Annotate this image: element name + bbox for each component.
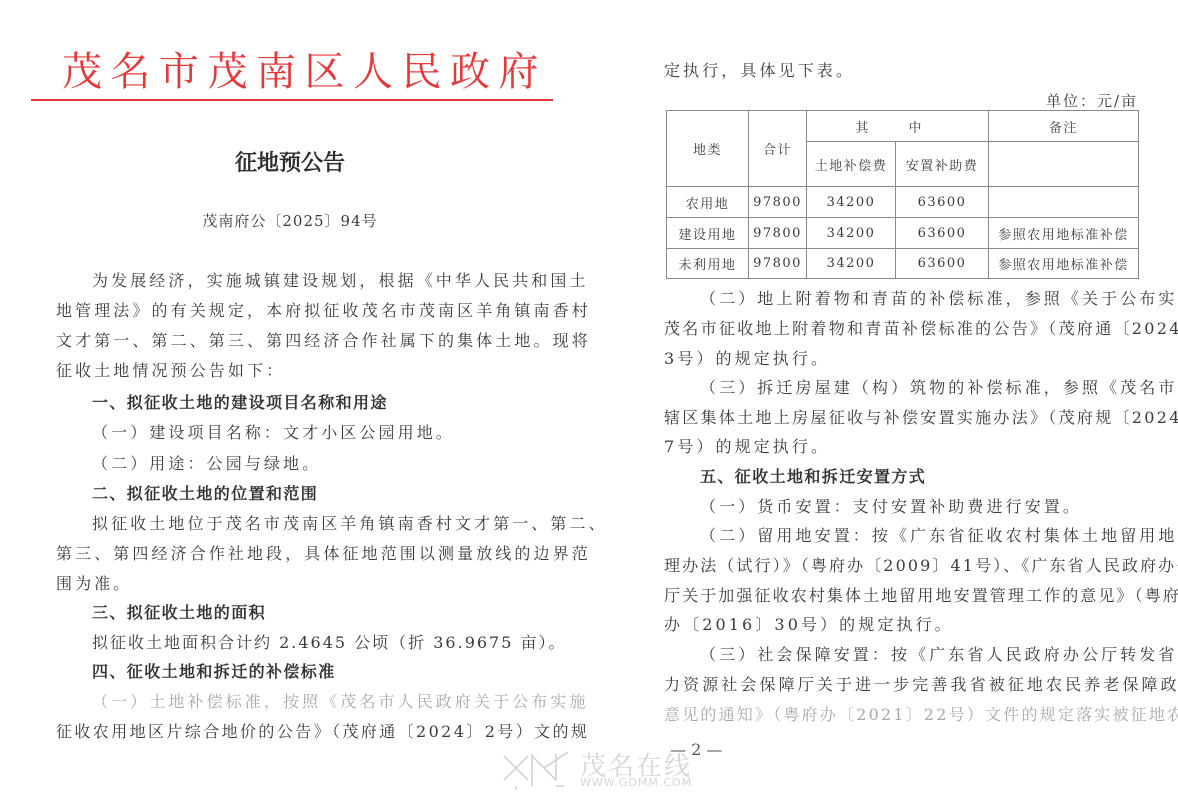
- section2-line-1: 拟征收土地位于茂名市茂南区羊角镇南香村文才第一、第二、: [92, 509, 608, 539]
- section5-item2-line-3: 厅关于加强征收农村集体土地留用地安置管理工作的意见》（粤府: [664, 581, 1178, 611]
- red-divider: [31, 99, 553, 101]
- header-resettlement-subsidy: 安置补助费: [896, 142, 989, 187]
- section3-heading: 三、拟征收土地的面积: [92, 598, 266, 628]
- header-total: 合计: [749, 111, 807, 187]
- item3-line-2: 辖区集体土地上房屋征收与补偿安置实施办法》（茂府规〔2024〕: [664, 403, 1178, 433]
- cell-remarks: 参照农用地标准补偿: [989, 218, 1139, 249]
- cell-total: 97800: [749, 218, 807, 249]
- table-row: 农用地 97800 34200 63600: [667, 187, 1139, 218]
- cell-land-type: 未利用地: [667, 249, 749, 279]
- header-land-type: 地类: [667, 111, 749, 187]
- cell-remarks: 参照农用地标准补偿: [989, 249, 1139, 279]
- section1-item1: （一）建设项目名称：文才小区公园用地。: [92, 418, 455, 448]
- document-number: 茂南府公〔2025〕94号: [0, 210, 580, 231]
- header-remarks-blank: [989, 142, 1139, 187]
- cell-resettlement-subsidy: 63600: [896, 218, 989, 249]
- intro-line-4: 征收土地情况预公告如下：: [56, 356, 285, 386]
- section5-item1: （一）货币安置：支付安置补助费进行安置。: [700, 492, 1082, 522]
- unit-label: 单位：元/亩: [1046, 90, 1138, 111]
- intro-line-2: 地管理法》的有关规定，本府拟征收茂名市茂南区羊角镇南香村: [56, 296, 591, 326]
- item2-line-2: 茂名市征收地上附着物和青苗补偿标准的公告》（茂府通〔2024〕: [664, 314, 1178, 344]
- table-intro: 定执行，具体见下表。: [664, 56, 855, 86]
- header-of-which: 其 中: [807, 111, 989, 142]
- section5-item3-line-1: （三）社会保障安置：按《广东省人民政府办公厅转发省人: [700, 640, 1178, 670]
- section5-item3-line-3: 意见的通知》（粤府办〔2021〕22号）文件的规定落实被征地农民: [664, 700, 1178, 730]
- cell-total: 97800: [749, 187, 807, 218]
- cell-land-type: 农用地: [667, 187, 749, 218]
- issuer-header: 茂名市茂南区人民政府: [62, 46, 532, 98]
- cell-remarks: [989, 187, 1139, 218]
- table-row: 建设用地 97800 34200 63600 参照农用地标准补偿: [667, 218, 1139, 249]
- section4-heading: 四、征收土地和拆迁的补偿标准: [92, 657, 336, 687]
- cell-total: 97800: [749, 249, 807, 279]
- compensation-table: 地类 合计 其 中 备注 土地补偿费 安置补助费 农用地 97800 34200…: [666, 110, 1139, 279]
- item2-line-3: 3号）的规定执行。: [664, 344, 830, 374]
- section1-item2: （二）用途：公园与绿地。: [92, 449, 321, 479]
- item2-line-1: （二）地上附着物和青苗的补偿标准，参照《关于公布实施: [700, 284, 1178, 314]
- intro-line-3: 文才第一、第二、第三、第四经济合作社属下的集体土地。现将: [56, 326, 591, 356]
- watermark-url: WWW.GDMM.COM: [580, 776, 692, 789]
- cell-land-compensation: 34200: [807, 187, 896, 218]
- section5-item2-line-1: （二）留用地安置：按《广东省征收农村集体土地留用地管: [700, 521, 1178, 551]
- cell-land-type: 建设用地: [667, 218, 749, 249]
- item3-line-1: （三）拆迁房屋建（构）筑物的补偿标准，参照《茂名市市: [700, 373, 1178, 403]
- cell-land-compensation: 34200: [807, 249, 896, 279]
- watermark-logo-icon: [498, 746, 578, 790]
- section4-line-1: （一）土地补偿标准，按照《茂名市人民政府关于公布实施: [92, 687, 589, 717]
- section5-heading: 五、征收土地和拆迁安置方式: [700, 462, 926, 492]
- cell-land-compensation: 34200: [807, 218, 896, 249]
- section4-line-2: 征收农用地区片综合地价的公告》（茂府通〔2024〕2号）文的规: [56, 717, 589, 747]
- section1-heading: 一、拟征收土地的建设项目名称和用途: [92, 388, 388, 418]
- section3-text: 拟征收土地面积合计约 2.4645 公顷（折 36.9675 亩）。: [92, 628, 567, 658]
- section5-item3-line-2: 力资源社会保障厅关于进一步完善我省被征地农民养老保障政策: [664, 670, 1178, 700]
- section5-item2-line-4: 办〔2016〕30号）的规定执行。: [664, 610, 954, 640]
- header-land-compensation: 土地补偿费: [807, 142, 896, 187]
- section5-item2-line-2: 理办法（试行）》（粤府办〔2009〕41号）、《广东省人民政府办公: [664, 551, 1178, 581]
- header-remarks: 备注: [989, 111, 1139, 142]
- section2-heading: 二、拟征收土地的位置和范围: [92, 479, 318, 509]
- item3-line-3: 7号）的规定执行。: [664, 432, 830, 462]
- section2-line-3: 围为准。: [56, 569, 132, 599]
- cell-resettlement-subsidy: 63600: [896, 249, 989, 279]
- section2-line-2: 第三、第四经济合作社地段，具体征地范围以测量放线的边界范: [56, 539, 591, 569]
- document-title: 征地预公告: [0, 146, 580, 177]
- cell-resettlement-subsidy: 63600: [896, 187, 989, 218]
- table-row: 未利用地 97800 34200 63600 参照农用地标准补偿: [667, 249, 1139, 279]
- intro-line-1: 为发展经济，实施城镇建设规划，根据《中华人民共和国土: [92, 266, 589, 296]
